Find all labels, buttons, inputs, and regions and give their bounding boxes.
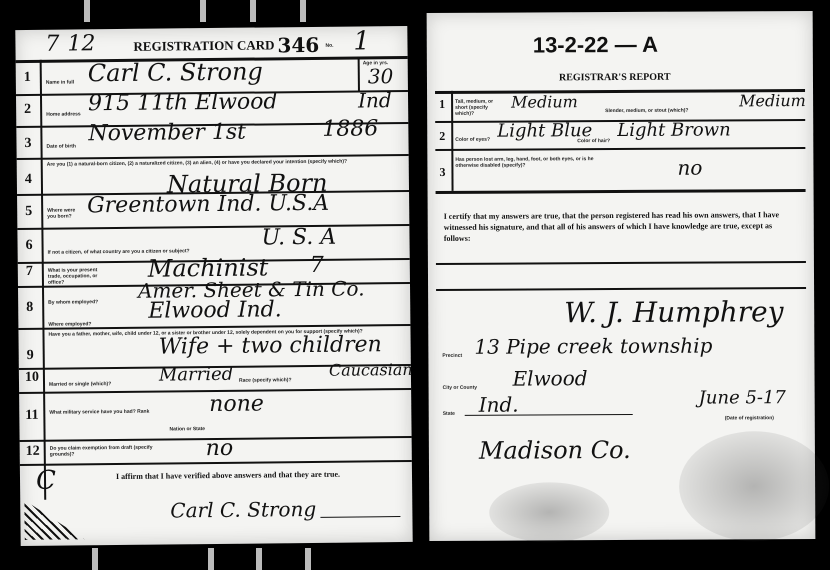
country-value: U. S. A bbox=[261, 225, 336, 251]
number-value: 1 bbox=[353, 26, 370, 56]
divider bbox=[17, 224, 409, 230]
serial-suffix: 12 bbox=[67, 31, 95, 56]
field-label: Are you (1) a natural-born citizen, (2) … bbox=[47, 158, 399, 168]
row-number: 3 bbox=[24, 136, 31, 152]
field-label: Married or single (which)? bbox=[49, 381, 111, 388]
date-label: (Date of registration) bbox=[725, 415, 774, 421]
row-number: 8 bbox=[26, 300, 33, 316]
film-sprocket bbox=[84, 0, 90, 22]
field-label: Color of hair? bbox=[577, 138, 610, 144]
card-number: 346 bbox=[277, 33, 319, 57]
home-state-value: Ind bbox=[358, 88, 392, 112]
divider bbox=[451, 91, 454, 191]
marital-status-value: Married bbox=[159, 364, 234, 386]
field-label: Has person lost arm, leg, hand, foot, or… bbox=[455, 156, 595, 169]
field-label: What is your present trade, occupation, … bbox=[48, 267, 108, 286]
military-service-value: none bbox=[209, 391, 264, 417]
city-value: Elwood bbox=[512, 366, 587, 390]
employment-place-value: Elwood Ind. bbox=[148, 297, 282, 323]
field-label: Tall, medium, or short (specify which)? bbox=[455, 99, 495, 117]
corner-stamp bbox=[24, 499, 84, 540]
dependents-value: Wife + two children bbox=[159, 332, 382, 359]
signature-line bbox=[320, 516, 400, 518]
report-title: REGISTRAR'S REPORT bbox=[559, 72, 671, 84]
field-label: Home address bbox=[46, 111, 81, 117]
row-number: 1 bbox=[439, 97, 445, 112]
film-sprocket bbox=[200, 0, 206, 22]
disability-value: no bbox=[677, 156, 702, 180]
height-value: Medium bbox=[511, 92, 578, 111]
hair-color-value: Light Brown bbox=[617, 119, 731, 141]
row-number: 10 bbox=[25, 370, 39, 386]
film-sprocket bbox=[208, 548, 214, 570]
row-number: 4 bbox=[25, 172, 32, 188]
field-label: What military service have you had? Rank bbox=[49, 409, 149, 416]
registration-card-front: 7 12 REGISTRATION CARD 346 No. 1 1 Name … bbox=[15, 26, 412, 546]
film-sprocket bbox=[92, 548, 98, 570]
corner-mark: C bbox=[36, 466, 56, 496]
registration-date: June 5-17 bbox=[699, 387, 786, 408]
field-label: Slender, medium, or stout (which)? bbox=[605, 108, 688, 114]
scan-smudge bbox=[489, 482, 609, 543]
birth-date-value: November 1st bbox=[88, 120, 246, 147]
exemption-value: no bbox=[206, 436, 234, 461]
field-label: Date of birth bbox=[47, 143, 77, 149]
build-value: Medium bbox=[739, 91, 806, 110]
home-address-value: 915 11th Elwood bbox=[88, 89, 278, 116]
number-label: No. bbox=[325, 43, 333, 49]
field-label: Where were you born? bbox=[47, 207, 77, 219]
row-number: 6 bbox=[25, 238, 32, 254]
divider bbox=[358, 56, 360, 90]
registrar-report-back: 13-2-22 — A REGISTRAR'S REPORT 1 Tall, m… bbox=[427, 11, 816, 541]
film-sprocket bbox=[256, 548, 262, 570]
divider bbox=[436, 261, 806, 265]
state-label: State bbox=[443, 411, 455, 417]
birthplace-value: Greentown Ind. U.S.A bbox=[87, 191, 329, 219]
field-label: Race (specify which)? bbox=[239, 377, 292, 384]
scan-smudge bbox=[679, 431, 830, 542]
precinct-value: 13 Pipe creek township bbox=[474, 334, 712, 359]
field-label: By whom employed? bbox=[48, 299, 98, 306]
row-number: 11 bbox=[25, 408, 38, 424]
divider bbox=[435, 147, 805, 151]
card-title: REGISTRATION CARD bbox=[133, 37, 274, 54]
precinct-label: Precinct bbox=[442, 353, 462, 359]
report-serial: 13-2-22 — A bbox=[533, 32, 658, 59]
row-number: 1 bbox=[24, 70, 31, 86]
row-number: 9 bbox=[27, 348, 34, 364]
state-value: Ind. bbox=[479, 393, 519, 417]
affirmation-text: I affirm that I have verified above answ… bbox=[116, 469, 340, 482]
city-label: City or County bbox=[443, 385, 477, 391]
occupation-note: 7 bbox=[310, 253, 324, 278]
certification-text: I certify that my answers are true, that… bbox=[444, 209, 798, 244]
divider bbox=[436, 189, 806, 194]
serial-prefix: 7 bbox=[45, 32, 59, 57]
row-number: 7 bbox=[26, 264, 33, 280]
row-number: 5 bbox=[25, 204, 32, 220]
age-value: 30 bbox=[368, 64, 394, 88]
film-sprocket bbox=[305, 548, 311, 570]
film-sprocket bbox=[250, 0, 256, 22]
row-number: 2 bbox=[24, 102, 31, 118]
film-sprocket bbox=[300, 0, 306, 22]
county-note: Madison Co. bbox=[479, 436, 631, 465]
registrant-signature: Carl C. Strong bbox=[170, 497, 316, 523]
race-value: Caucasian bbox=[329, 360, 413, 380]
field-label: Nation or State bbox=[169, 426, 205, 432]
row-number: 12 bbox=[26, 444, 40, 460]
field-label: Do you claim exemption from draft (speci… bbox=[50, 444, 170, 457]
row-number: 3 bbox=[439, 165, 445, 180]
divider bbox=[436, 287, 806, 291]
birth-year-value: 1886 bbox=[322, 116, 378, 142]
field-label: Color of eyes? bbox=[455, 137, 490, 143]
registrar-signature: W. J. Humphrey bbox=[564, 295, 783, 329]
state-line bbox=[465, 414, 633, 416]
field-label: Name in full bbox=[46, 79, 74, 85]
row-number: 2 bbox=[439, 129, 445, 144]
name-value: Carl C. Strong bbox=[88, 57, 263, 87]
